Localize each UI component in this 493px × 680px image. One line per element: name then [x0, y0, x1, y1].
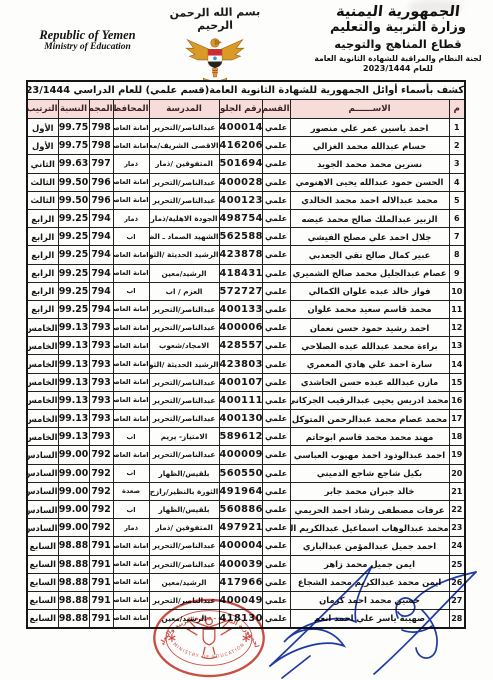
cell-school: المتفوقين /ذمار	[149, 519, 219, 537]
cell-rank: السابع	[27, 537, 58, 555]
cell-section: علمي	[262, 373, 290, 391]
cell-gov: امانة العاصمة	[113, 537, 149, 555]
cell-seat: 416206	[219, 137, 262, 155]
cell-total: 792	[89, 519, 113, 537]
cell-rank: السابع	[27, 555, 58, 573]
cell-pct: 99.00	[58, 519, 89, 537]
cell-pct: 98.88	[58, 555, 89, 573]
cell-total: 794	[89, 264, 113, 282]
cell-school: عبدالناصر/التحرير	[149, 373, 219, 391]
ministry-red-seal-stamp: الجمهورية اليمنية ـ وزارة التربية والتعل…	[150, 596, 268, 680]
cell-name: بكيل شاجع شاجع الدميني	[290, 464, 449, 482]
cell-gov: امانة العاصمة	[113, 173, 149, 191]
cell-seat: 400133	[219, 300, 262, 318]
table-row: 17محمد عصام محمد عبدالرحمن المتوكلعلمي40…	[27, 410, 465, 428]
cell-school: عبدالناصر/التحرير	[149, 410, 219, 428]
cell-total: 792	[89, 500, 113, 518]
cell-num: 12	[449, 319, 465, 337]
cell-total: 798	[89, 119, 113, 137]
cell-gov: امانة العاصمة	[113, 319, 149, 337]
cell-section: علمي	[262, 155, 290, 173]
cell-school: الشهيد الصماد ـ الظهار	[149, 228, 219, 246]
republic-of-yemen-label: Republic of Yemen	[30, 28, 145, 42]
cell-rank: الخامس	[27, 410, 58, 428]
cell-name: محمد عصام محمد عبدالرحمن المتوكل	[290, 410, 449, 428]
cell-seat: 572727	[219, 282, 262, 300]
cell-name: جلال احمد علي مصلح الفيشي	[290, 228, 449, 246]
cell-rank: الخامس	[27, 319, 58, 337]
cell-total: 797	[89, 155, 113, 173]
cell-section: علمي	[262, 319, 290, 337]
cell-school: عبدالناصر/التحرير	[149, 555, 219, 573]
cell-pct: 99.13	[58, 337, 89, 355]
table-row: 2حسام عبدالله محمد الغزاليعلمي416206الاق…	[27, 137, 465, 155]
cell-gov: امانة العاصمة	[113, 264, 149, 282]
cell-rank: السابع	[27, 610, 58, 628]
cell-section: علمي	[262, 137, 290, 155]
cell-rank: الخامس	[27, 355, 58, 373]
cell-seat: 560550	[219, 464, 262, 482]
cell-gov: امانة العاصمة	[113, 555, 149, 573]
cell-seat: 589612	[219, 428, 262, 446]
cell-total: 793	[89, 391, 113, 409]
cell-num: 11	[449, 300, 465, 318]
cell-rank: الرابع	[27, 209, 58, 227]
cell-total: 793	[89, 373, 113, 391]
cell-total: 791	[89, 610, 113, 628]
cell-seat: 400014	[219, 119, 262, 137]
cell-school: عبدالناصر/التحرير	[149, 537, 219, 555]
cell-gov: ذمار	[113, 155, 149, 173]
cell-num: 16	[449, 391, 465, 409]
committee-label: لجنة النظام والمراقبة للشهادة الثانوية ا…	[309, 54, 487, 64]
cell-pct: 99.13	[58, 355, 89, 373]
cell-gov: امانة العاصمة	[113, 191, 149, 209]
bismillah-calligraphy: بسم الله الرحمن الرحيم	[150, 5, 280, 33]
cell-pct: 99.63	[58, 155, 89, 173]
cell-school: المتفوقين /ذمار	[149, 155, 219, 173]
cell-rank: السادس	[27, 500, 58, 518]
cell-gov: امانة العاصمة	[113, 246, 149, 264]
cell-num: 7	[449, 228, 465, 246]
cell-pct: 99.13	[58, 319, 89, 337]
table-row: 11محمد قاسم سعيد محمد علوانعلمي400133عبد…	[27, 300, 465, 318]
cell-section: علمي	[262, 191, 290, 209]
cell-total: 794	[89, 300, 113, 318]
col-header-total: المجموع	[89, 100, 113, 119]
cell-name: محمد عبدالاله احمد محمد الخالدي	[290, 191, 449, 209]
table-row: 1احمد ياسين عمر علي منصورعلمي400014عبدال…	[27, 119, 465, 137]
cell-total: 793	[89, 355, 113, 373]
cell-rank: الخامس	[27, 391, 58, 409]
table-row: 13براءة محمد عبدالله عبده الصلاحيعلمي428…	[27, 337, 465, 355]
table-row: 7جلال احمد علي مصلح الفيشيعلمي562588الشه…	[27, 228, 465, 246]
cell-gov: صعدة	[113, 482, 149, 500]
cell-pct: 99.00	[58, 500, 89, 518]
cell-total: 796	[89, 191, 113, 209]
cell-pct: 99.25	[58, 282, 89, 300]
cell-pct: 99.13	[58, 391, 89, 409]
cell-name: احمد جميل عبدالمؤمن عبدالباري	[290, 537, 449, 555]
cell-gov: ذمار	[113, 519, 149, 537]
cell-rank: السادس	[27, 446, 58, 464]
cell-section: علمي	[262, 209, 290, 227]
cell-num: 8	[449, 246, 465, 264]
cell-name: نسرين محمد محمد الجويد	[290, 155, 449, 173]
cell-total: 791	[89, 555, 113, 573]
col-header-rank: الترتيب	[27, 100, 58, 119]
cell-pct: 98.88	[58, 591, 89, 609]
cell-pct: 99.50	[58, 191, 89, 209]
table-row: 15مازن عبدالله عبده حسن الحاشديعلمي40010…	[27, 373, 465, 391]
table-row: 19احمد عبدالودود احمد مهيوب العباسيعلمي4…	[27, 446, 465, 464]
cell-rank: الخامس	[27, 428, 58, 446]
cell-rank: السابع	[27, 573, 58, 591]
cell-section: علمي	[262, 264, 290, 282]
cell-gov: امانة العاصمة	[113, 355, 149, 373]
cell-name: عرفات مصطفى رشاد احمد الحريمي	[290, 500, 449, 518]
cell-num: 13	[449, 337, 465, 355]
cell-pct: 98.88	[58, 537, 89, 555]
cell-total: 793	[89, 410, 113, 428]
cell-pct: 99.00	[58, 482, 89, 500]
col-header-name: الاســــــم	[290, 100, 449, 119]
cell-section: علمي	[262, 464, 290, 482]
cell-total: 792	[89, 464, 113, 482]
cell-rank: الخامس	[27, 337, 58, 355]
col-header-school: المدرسة	[149, 100, 219, 119]
cell-total: 796	[89, 173, 113, 191]
cell-pct: 98.88	[58, 573, 89, 591]
cell-total: 793	[89, 337, 113, 355]
cell-pct: 99.75	[58, 137, 89, 155]
letterhead-english: Republic of Yemen Ministry of Education	[30, 28, 145, 53]
cell-total: 793	[89, 319, 113, 337]
cell-name: خالد جبران محمد جابر	[290, 482, 449, 500]
col-header-seat: رقم الجلوس	[219, 100, 262, 119]
cell-gov: امانة العاصمة	[113, 119, 149, 137]
cell-num: 23	[449, 519, 465, 537]
cell-section: علمي	[262, 500, 290, 518]
table-row: 16محمد ادريس يحيى عبدالرقيب الجركانيعلمي…	[27, 391, 465, 409]
cell-rank: الرابع	[27, 282, 58, 300]
cell-pct: 99.25	[58, 209, 89, 227]
col-header-governorate: المحافظة	[113, 100, 149, 119]
col-header-percentage: النسبة	[58, 100, 89, 119]
cell-name: محمد قاسم سعيد محمد علوان	[290, 300, 449, 318]
cell-school: بلقيس/الظهار	[149, 500, 219, 518]
cell-total: 794	[89, 246, 113, 264]
cell-seat: 400111	[219, 391, 262, 409]
cell-seat: 400107	[219, 373, 262, 391]
table-row: 3نسرين محمد محمد الجويدعلمي501694المتفوق…	[27, 155, 465, 173]
cell-num: 22	[449, 500, 465, 518]
cell-school: العزم / اب	[149, 282, 219, 300]
cell-rank: الأول	[27, 119, 58, 137]
table-row: 5محمد عبدالاله احمد محمد الخالديعلمي4001…	[27, 191, 465, 209]
cell-pct: 99.25	[58, 300, 89, 318]
cell-num: 2	[449, 137, 465, 155]
cell-school: الرشيد الحديثة /الثورة	[149, 355, 219, 373]
col-header-section: القسم	[262, 100, 290, 119]
cell-name: محمد ادريس يحيى عبدالرقيب الجركاني	[290, 391, 449, 409]
table-header-row: م الاســــــم القسم رقم الجلوس المدرسة ا…	[27, 100, 465, 119]
cell-seat: 418431	[219, 264, 262, 282]
signature-left	[270, 566, 372, 678]
table-row: 14سارة احمد علي هادي المعمريعلمي423803ال…	[27, 355, 465, 373]
ink-signatures	[252, 560, 490, 680]
cell-name: حسام عبدالله محمد الغزالي	[290, 137, 449, 155]
cell-school: عبدالناصر/التحرير	[149, 173, 219, 191]
cell-num: 3	[449, 155, 465, 173]
cell-school: عبدالناصر/التحرير	[149, 391, 219, 409]
cell-seat: 400130	[219, 410, 262, 428]
curricula-sector-label: قطاع المناهج والتوجيه	[309, 37, 487, 52]
cell-pct: 98.88	[58, 610, 89, 628]
cell-gov: اب	[113, 428, 149, 446]
cell-seat: 400004	[219, 537, 262, 555]
cell-section: علمي	[262, 246, 290, 264]
cell-seat: 498754	[219, 209, 262, 227]
cell-section: علمي	[262, 337, 290, 355]
cell-name: عصام عبدالجليل محمد صالح الشميري	[290, 264, 449, 282]
cell-seat: 428557	[219, 337, 262, 355]
cell-pct: 99.00	[58, 446, 89, 464]
cell-total: 791	[89, 537, 113, 555]
cell-seat: 400006	[219, 319, 262, 337]
cell-gov: امانة العاصمة	[113, 591, 149, 609]
cell-pct: 99.00	[58, 464, 89, 482]
cell-total: 791	[89, 573, 113, 591]
cell-rank: الثالث	[27, 173, 58, 191]
cell-section: علمي	[262, 355, 290, 373]
results-table-container: كشف بأسماء أوائل الجمهورية للشهادة الثان…	[26, 80, 466, 629]
cell-seat: 497921	[219, 519, 262, 537]
table-row: 21خالد جبران محمد جابرعلمي491964الثورة ب…	[27, 482, 465, 500]
cell-gov: امانة العاصمة	[113, 300, 149, 318]
cell-school: الرشيد/معين	[149, 264, 219, 282]
cell-seat: 423803	[219, 355, 262, 373]
cell-gov: امانة العاصمة	[113, 373, 149, 391]
cell-section: علمي	[262, 119, 290, 137]
table-row: 8عبير كمال صالح تقي الجعدبيعلمي423878الر…	[27, 246, 465, 264]
ministry-arabic-label: وزارة التربية والتعليم	[309, 20, 487, 35]
cell-pct: 99.25	[58, 246, 89, 264]
cell-pct: 99.25	[58, 228, 89, 246]
cell-pct: 99.50	[58, 173, 89, 191]
cell-num: 20	[449, 464, 465, 482]
cell-gov: امانة العاصمة	[113, 337, 149, 355]
cell-seat: 562588	[219, 228, 262, 246]
cell-name: الحسن حمود عبدالله يحيى الاهنومي	[290, 173, 449, 191]
col-header-number: م	[449, 100, 465, 119]
cell-rank: الرابع	[27, 300, 58, 318]
cell-name: مهند محمد محمد قاسم ابوحاتم	[290, 428, 449, 446]
table-title-row: كشف بأسماء أوائل الجمهورية للشهادة الثان…	[27, 81, 465, 100]
cell-gov: اب	[113, 500, 149, 518]
cell-name: احمد رشيد حمود حسن نعمان	[290, 319, 449, 337]
cell-pct: 99.13	[58, 428, 89, 446]
cell-section: علمي	[262, 391, 290, 409]
cell-name: محمد عبدالوهاب اسماعيل عبدالكريم العشملي	[290, 519, 449, 537]
cell-seat: 400028	[219, 173, 262, 191]
table-row: 24احمد جميل عبدالمؤمن عبدالباريعلمي40000…	[27, 537, 465, 555]
cell-num: 6	[449, 209, 465, 227]
cell-num: 9	[449, 264, 465, 282]
cell-num: 1	[449, 119, 465, 137]
cell-gov: امانة العاصمة	[113, 446, 149, 464]
cell-num: 4	[449, 173, 465, 191]
cell-num: 14	[449, 355, 465, 373]
cell-name: فواز خالد عبده علوان الكمالي	[290, 282, 449, 300]
cell-num: 17	[449, 410, 465, 428]
cell-seat: 560886	[219, 500, 262, 518]
table-row: 12احمد رشيد حمود حسن نعمانعلمي400006عبدا…	[27, 319, 465, 337]
table-row: 4الحسن حمود عبدالله يحيى الاهنوميعلمي400…	[27, 173, 465, 191]
cell-section: علمي	[262, 173, 290, 191]
cell-gov: ذمار	[113, 209, 149, 227]
cell-school: الثورة بالنظير/رازح	[149, 482, 219, 500]
cell-seat: 400009	[219, 446, 262, 464]
cell-rank: الرابع	[27, 264, 58, 282]
cell-seat: 423878	[219, 246, 262, 264]
cell-school: عبدالناصر/التحرير	[149, 191, 219, 209]
cell-school: بلقيس/الظهار	[149, 464, 219, 482]
letterhead-arabic: الجمهورية اليمنية وزارة التربية والتعليم…	[309, 4, 487, 74]
table-row: 9عصام عبدالجليل محمد صالح الشميريعلمي418…	[27, 264, 465, 282]
cell-rank: الثالث	[27, 191, 58, 209]
cell-pct: 99.75	[58, 119, 89, 137]
cell-rank: السادس	[27, 464, 58, 482]
table-row: 6الزبير عبدالملك صالح محمد عيضهعلمي49875…	[27, 209, 465, 227]
cell-rank: الأول	[27, 137, 58, 155]
cell-name: احمد عبدالودود احمد مهيوب العباسي	[290, 446, 449, 464]
cell-name: عبير كمال صالح تقي الجعدبي	[290, 246, 449, 264]
cell-section: علمي	[262, 446, 290, 464]
cell-rank: الرابع	[27, 228, 58, 246]
cell-rank: الثاني	[27, 155, 58, 173]
cell-pct: 99.13	[58, 410, 89, 428]
cell-num: 5	[449, 191, 465, 209]
cell-seat: 501694	[219, 155, 262, 173]
cell-num: 19	[449, 446, 465, 464]
cell-rank: السابع	[27, 591, 58, 609]
cell-total: 794	[89, 209, 113, 227]
cell-gov: اب	[113, 282, 149, 300]
cell-seat: 400123	[219, 191, 262, 209]
cell-section: علمي	[262, 228, 290, 246]
cell-school: الامتياز- يريم	[149, 428, 219, 446]
cell-rank: الخامس	[27, 373, 58, 391]
cell-num: 15	[449, 373, 465, 391]
cell-total: 794	[89, 228, 113, 246]
cell-school: الرشيد/معين	[149, 573, 219, 591]
cell-name: احمد ياسين عمر علي منصور	[290, 119, 449, 137]
cell-section: علمي	[262, 428, 290, 446]
cell-num: 21	[449, 482, 465, 500]
cell-gov: امانة العاصمة	[113, 610, 149, 628]
cell-name: براءة محمد عبدالله عبده الصلاحي	[290, 337, 449, 355]
table-title: كشف بأسماء أوائل الجمهورية للشهادة الثان…	[27, 81, 465, 100]
cell-section: علمي	[262, 482, 290, 500]
cell-school: الامجاد/شعوب	[149, 337, 219, 355]
cell-gov: امانة العاصمة	[113, 137, 149, 155]
scanned-document-page: Republic of Yemen Ministry of Education …	[0, 0, 493, 680]
cell-gov: امانة العاصمة	[113, 573, 149, 591]
results-tbody: 1احمد ياسين عمر علي منصورعلمي400014عبدال…	[27, 119, 465, 628]
cell-school: الرشيد الحديثة /الثورة	[149, 246, 219, 264]
cell-name: الزبير عبدالملك صالح محمد عيضه	[290, 209, 449, 227]
table-row: 10فواز خالد عبده علوان الكماليعلمي572727…	[27, 282, 465, 300]
cell-section: علمي	[262, 410, 290, 428]
cell-rank: الرابع	[27, 246, 58, 264]
ministry-of-education-label: Ministry of Education	[30, 42, 145, 53]
cell-total: 792	[89, 482, 113, 500]
cell-num: 24	[449, 537, 465, 555]
cell-total: 792	[89, 446, 113, 464]
cell-section: علمي	[262, 300, 290, 318]
cell-total: 793	[89, 428, 113, 446]
cell-gov: اب	[113, 464, 149, 482]
cell-name: مازن عبدالله عبده حسن الحاشدي	[290, 373, 449, 391]
cell-name: سارة احمد علي هادي المعمري	[290, 355, 449, 373]
cell-total: 794	[89, 282, 113, 300]
table-row: 20بكيل شاجع شاجع الدمينيعلمي560550بلقيس/…	[27, 464, 465, 482]
cell-school: الاقصى الشريف/معين	[149, 137, 219, 155]
cell-num: 18	[449, 428, 465, 446]
cell-num: 10	[449, 282, 465, 300]
cell-pct: 99.25	[58, 264, 89, 282]
table-row: 23محمد عبدالوهاب اسماعيل عبدالكريم العشم…	[27, 519, 465, 537]
table-row: 22عرفات مصطفى رشاد احمد الحريميعلمي56088…	[27, 500, 465, 518]
cell-section: علمي	[262, 519, 290, 537]
republic-calligraphy: الجمهورية اليمنية	[308, 4, 488, 20]
cell-gov: امانة العاصمة	[113, 391, 149, 409]
table-row: 18مهند محمد محمد قاسم ابوحاتمعلمي589612ا…	[27, 428, 465, 446]
cell-gov: اب	[113, 228, 149, 246]
cell-school: عبدالناصر/التحرير	[149, 446, 219, 464]
cell-gov: امانة العاصمة	[113, 410, 149, 428]
cell-school: عبدالناصر/التحرير	[149, 119, 219, 137]
cell-seat: 491964	[219, 482, 262, 500]
cell-section: علمي	[262, 537, 290, 555]
year-label: للعام 2023/1444	[309, 64, 487, 74]
cell-school: عبدالناصر/التحرير	[149, 300, 219, 318]
cell-rank: السادس	[27, 519, 58, 537]
cell-total: 791	[89, 591, 113, 609]
cell-rank: السادس	[27, 482, 58, 500]
signature-right	[374, 572, 476, 674]
top-students-table: كشف بأسماء أوائل الجمهورية للشهادة الثان…	[26, 80, 466, 629]
cell-total: 798	[89, 137, 113, 155]
cell-school: الجودة الاهلية/ذمار	[149, 209, 219, 227]
cell-section: علمي	[262, 282, 290, 300]
cell-school: عبدالناصر/التحرير	[149, 319, 219, 337]
cell-pct: 99.13	[58, 373, 89, 391]
